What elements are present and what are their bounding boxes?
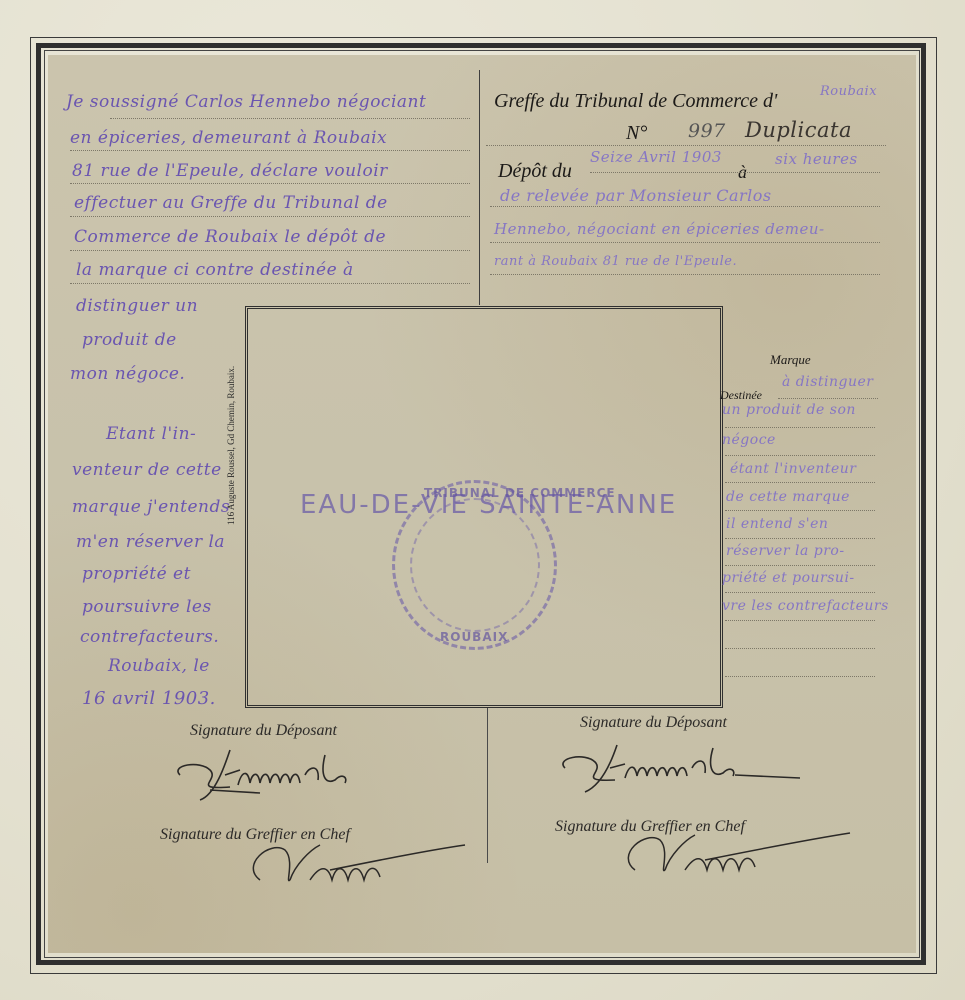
- continuation-line: Etant l'in-: [106, 424, 196, 444]
- continuation-line: venteur de cette: [72, 460, 222, 480]
- dotted-rule: [70, 150, 470, 151]
- dotted-rule: [725, 620, 875, 621]
- marque-line: un produit de son: [722, 402, 856, 418]
- column-divider-top: [479, 70, 480, 305]
- place-line: Roubaix, le: [108, 656, 210, 676]
- deposant-label: Signature du Déposant: [190, 722, 337, 740]
- marque-label: Marque: [770, 352, 811, 368]
- declaration-line: la marque ci contre destinée à: [76, 260, 354, 280]
- deposant-signature-icon: [170, 745, 410, 805]
- marque-line: réserver la pro-: [726, 543, 845, 559]
- dotted-rule: [725, 648, 875, 649]
- dotted-rule: [725, 482, 875, 483]
- dotted-rule: [490, 274, 880, 275]
- dotted-rule: [725, 676, 875, 677]
- dotted-rule: [725, 538, 875, 539]
- marque-line: à distinguer: [782, 374, 874, 390]
- dotted-rule: [725, 565, 875, 566]
- seal-bottom-text: ROUBAIX: [440, 630, 508, 644]
- marque-line: il entend s'en: [726, 516, 828, 532]
- greffier-signature-icon: [615, 825, 855, 885]
- marque-line: négoce: [722, 432, 776, 448]
- declaration-line: effectuer au Greffe du Tribunal de: [74, 193, 388, 213]
- number-note: Duplicata: [745, 118, 852, 142]
- greffe-city: Roubaix: [820, 84, 877, 99]
- dotted-rule: [490, 206, 880, 207]
- marque-line: priété et poursui-: [722, 570, 855, 586]
- dotted-rule: [110, 118, 470, 119]
- dotted-rule: [490, 242, 880, 243]
- declaration-line: produit de: [82, 330, 177, 350]
- dotted-rule: [70, 250, 470, 251]
- declaration-line: distinguer un: [76, 296, 198, 316]
- declaration-line: Commerce de Roubaix le dépôt de: [74, 227, 386, 247]
- dotted-rule: [725, 427, 875, 428]
- declaration-line: 81 rue de l'Epeule, déclare vouloir: [72, 161, 388, 181]
- dotted-rule: [70, 216, 470, 217]
- destinee-label: Destinée: [720, 388, 762, 403]
- declaration-line: en épiceries, demeurant à Roubaix: [70, 128, 387, 148]
- continuation-line: poursuivre les: [82, 597, 212, 617]
- column-divider-bottom: [487, 708, 488, 863]
- dotted-rule: [725, 592, 875, 593]
- dotted-rule: [590, 172, 880, 173]
- depot-label: Dépôt du: [498, 160, 572, 183]
- date-line: 16 avril 1903.: [82, 688, 216, 709]
- depot-time: six heures: [775, 150, 858, 168]
- continuation-line: propriété et: [82, 564, 191, 584]
- declaration-line: mon négoce.: [70, 364, 185, 384]
- deposant-label: Signature du Déposant: [580, 714, 727, 732]
- dotted-rule: [70, 183, 470, 184]
- declaration-line: Je soussigné Carlos Hennebo négociant: [66, 92, 426, 112]
- header-line: Hennebo, négociant en épiceries demeu-: [494, 220, 825, 238]
- marque-line: de cette marque: [726, 489, 850, 505]
- marque-line: vre les contrefacteurs: [722, 598, 889, 614]
- dotted-rule: [70, 283, 470, 284]
- marque-line: étant l'inventeur: [730, 461, 857, 477]
- dotted-rule: [486, 145, 886, 146]
- dotted-rule: [725, 510, 875, 511]
- printer-note: 116 Auguste Roussel, Gd Chemin, Roubaix.: [226, 366, 236, 525]
- continuation-line: marque j'entends: [72, 497, 230, 517]
- continuation-line: contrefacteurs.: [80, 627, 219, 647]
- dotted-rule: [725, 455, 875, 456]
- deposant-signature-icon: [555, 740, 815, 800]
- greffe-label: Greffe du Tribunal de Commerce d': [494, 90, 777, 113]
- dotted-rule: [778, 398, 878, 399]
- continuation-line: m'en réserver la: [76, 532, 225, 552]
- seal-top-text: TRIBUNAL DE COMMERCE: [424, 486, 616, 500]
- greffier-signature-icon: [240, 835, 480, 895]
- court-seal-inner-ring: [410, 498, 540, 632]
- number-label: N°: [626, 122, 647, 145]
- header-line: de relevée par Monsieur Carlos: [500, 186, 772, 205]
- header-line: rant à Roubaix 81 rue de l'Epeule.: [494, 254, 737, 269]
- depot-date: Seize Avril 1903: [590, 148, 722, 166]
- number-value: 997: [688, 120, 726, 142]
